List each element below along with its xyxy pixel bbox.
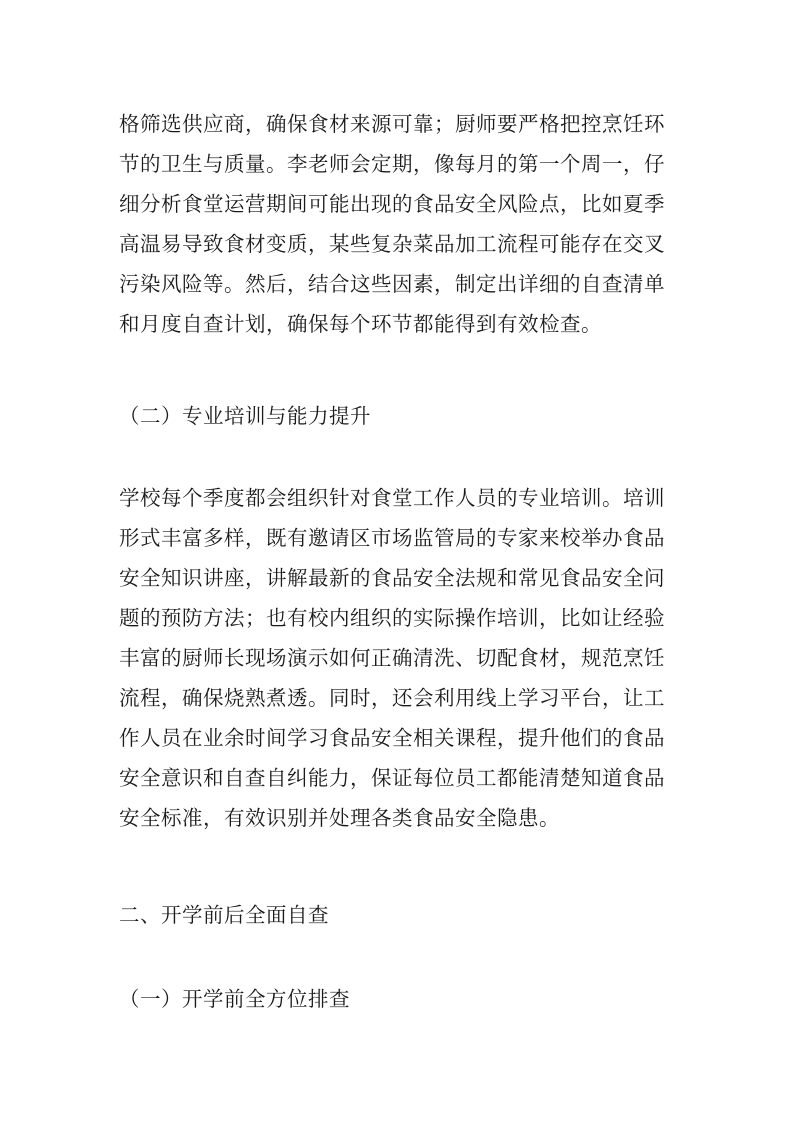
text-line: 污染风险等。然后，结合这些因素，制定出详细的自查清单 [119,272,679,296]
text-line: 形式丰富多样，既有邀请区市场监管局的专家来校举办食品 [119,526,679,550]
text-line: 格筛选供应商，确保食材来源可靠；厨师要严格把控烹饪环 [119,112,679,136]
document-page: 格筛选供应商，确保食材来源可靠；厨师要严格把控烹饪环 节的卫生与质量。李老师会定… [0,0,793,1122]
text-line: 丰富的厨师长现场演示如何正确清洗、切配食材，规范烹饪 [119,646,679,670]
text-line: 高温易导致食材变质，某些复杂菜品加工流程可能存在交叉 [119,232,679,256]
subheading-pre-term-inspection: （一）开学前全方位排查 [119,987,679,1011]
text-line: 题的预防方法；也有校内组织的实际操作培训，比如让经验 [119,606,679,630]
text-line: 细分析食堂运营期间可能出现的食品安全风险点，比如夏季 [119,192,679,216]
text-line: 流程，确保烧熟煮透。同时，还会利用线上学习平台，让工 [119,686,679,710]
text-line: 安全标准，有效识别并处理各类食品安全隐患。 [119,806,679,830]
section-title: 二、开学前后全面自查 [119,903,679,927]
text-line: 节的卫生与质量。李老师会定期，像每月的第一个周一，仔 [119,152,679,176]
text-line: 安全意识和自查自纠能力，保证每位员工都能清楚知道食品 [119,766,679,790]
text-line: 和月度自查计划，确保每个环节都能得到有效检查。 [119,312,679,336]
subheading-training: （二）专业培训与能力提升 [119,404,679,428]
text-line: 作人员在业余时间学习食品安全相关课程，提升他们的食品 [119,726,679,750]
text-line: 安全知识讲座，讲解最新的食品安全法规和常见食品安全问 [119,566,679,590]
text-line: 学校每个季度都会组织针对食堂工作人员的专业培训。培训 [119,486,679,510]
